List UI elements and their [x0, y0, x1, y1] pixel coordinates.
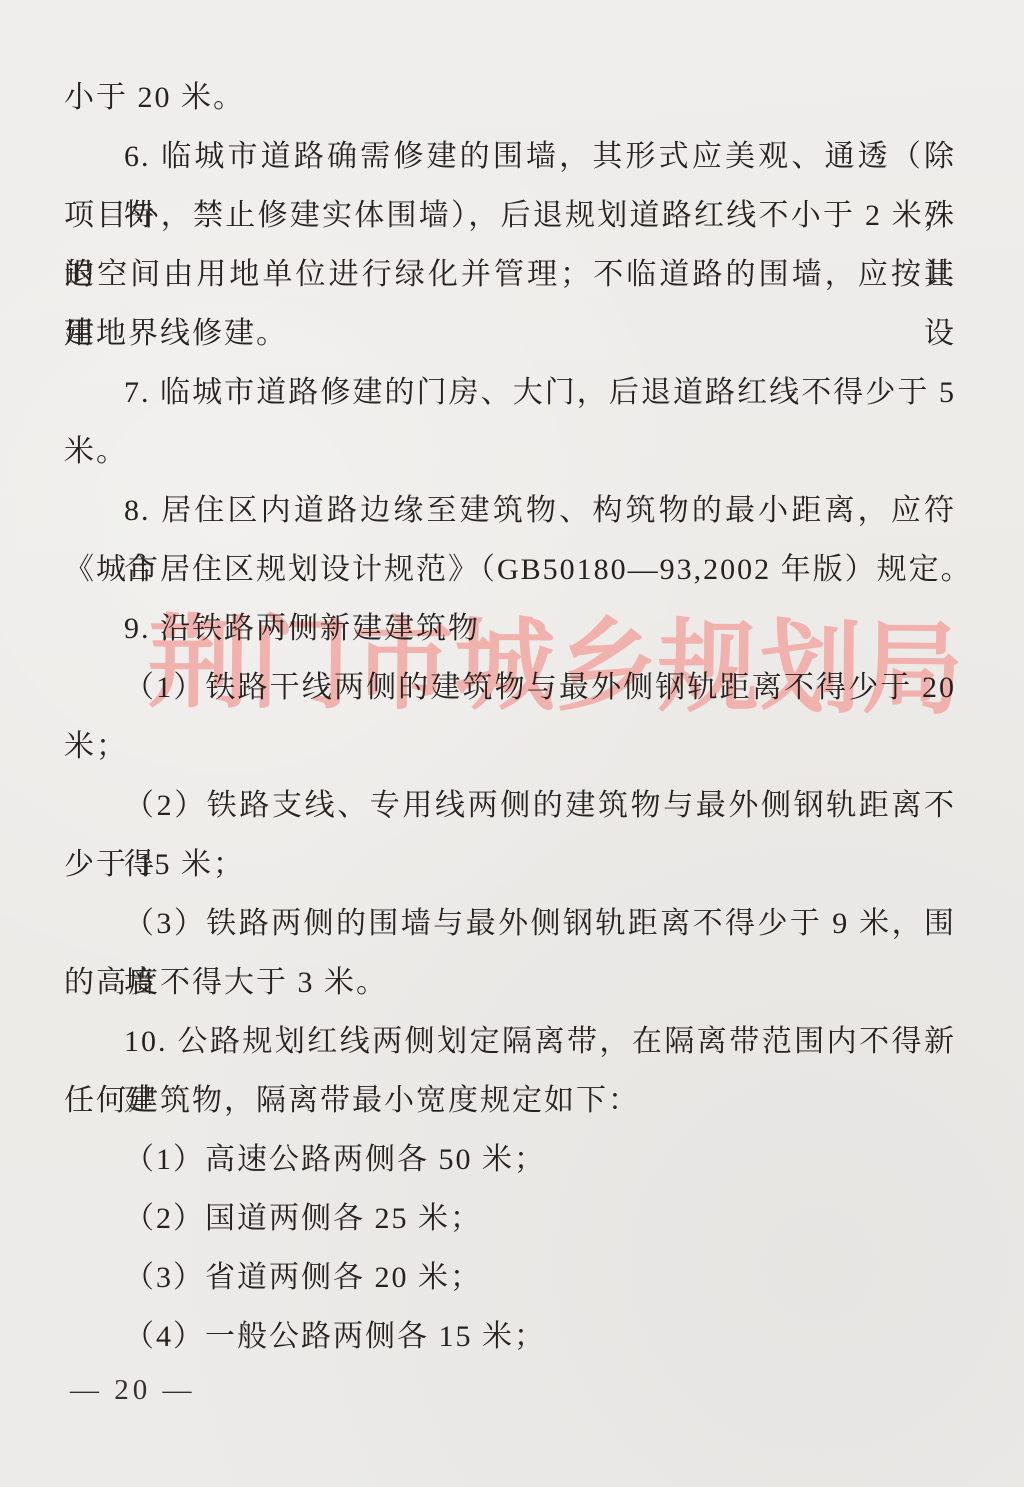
text-line: 《城市居住区规划设计规范》（GB50180—93,2002 年版）规定。 — [64, 540, 956, 599]
page-number: — 20 — — [70, 1362, 196, 1418]
text-line: 少于 15 米； — [64, 835, 956, 894]
text-line: （4）一般公路两侧各 15 米； — [64, 1307, 956, 1366]
text-line: 任何建筑物，隔离带最小宽度规定如下： — [64, 1071, 956, 1130]
text-line: 9. 沿铁路两侧新建建筑物 — [64, 599, 956, 658]
document-page: 荆门市城乡规划局 小于 20 米。6. 临城市道路确需修建的围墙，其形式应美观、… — [0, 0, 1024, 1487]
text-line: 项目外，禁止修建实体围墙），后退规划道路红线不小于 2 米，退让 — [64, 186, 956, 245]
text-line: （1）铁路干线两侧的建筑物与最外侧钢轨距离不得少于 20 — [64, 658, 956, 717]
text-line: 米。 — [64, 422, 956, 481]
text-line: （2）铁路支线、专用线两侧的建筑物与最外侧钢轨距离不得 — [64, 776, 956, 835]
text-line: （3）铁路两侧的围墙与最外侧钢轨距离不得少于 9 米，围墙 — [64, 894, 956, 953]
text-line: 米； — [64, 717, 956, 776]
text-line: （3）省道两侧各 20 米； — [64, 1248, 956, 1307]
text-line: 7. 临城市道路修建的门房、大门，后退道路红线不得少于 5 — [64, 363, 956, 422]
text-line: 的空间由用地单位进行绿化并管理；不临道路的围墙，应按其建设 — [64, 245, 956, 304]
text-line: （2）国道两侧各 25 米； — [64, 1189, 956, 1248]
text-line: 10. 公路规划红线两侧划定隔离带，在隔离带范围内不得新建 — [64, 1012, 956, 1071]
text-line: 的高度不得大于 3 米。 — [64, 953, 956, 1012]
document-body-text: 小于 20 米。6. 临城市道路确需修建的围墙，其形式应美观、通透（除特殊项目外… — [64, 68, 956, 1366]
text-line: （1）高速公路两侧各 50 米； — [64, 1130, 956, 1189]
text-line: 小于 20 米。 — [64, 68, 956, 127]
text-line: 6. 临城市道路确需修建的围墙，其形式应美观、通透（除特殊 — [64, 127, 956, 186]
text-line: 8. 居住区内道路边缘至建筑物、构筑物的最小距离，应符合 — [64, 481, 956, 540]
